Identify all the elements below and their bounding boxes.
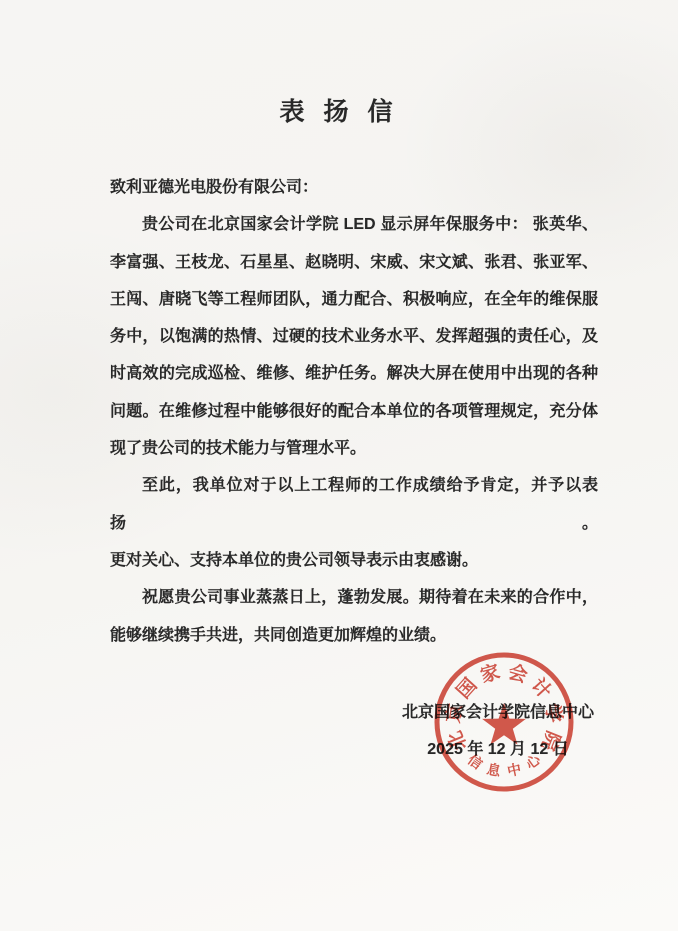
salutation: 致利亚德光电股份有限公司：	[110, 169, 598, 206]
letter-title: 表 扬 信	[0, 92, 678, 128]
body-line: 李富强、王枝龙、石星星、赵晓明、宋威、宋文斌、张君、张亚军、	[110, 244, 598, 281]
body-line: 贵公司在北京国家会计学院 LED 显示屏年保服务中： 张英华、	[110, 206, 598, 243]
body-line: 王闯、唐晓飞等工程师团队，通力配合、积极响应，在全年的维保服	[110, 281, 598, 318]
body-line: 祝愿贵公司事业蒸蒸日上，蓬勃发展。期待着在未来的合作中，	[110, 579, 598, 616]
body-line: 能够继续携手共进，共同创造更加辉煌的业绩。	[110, 617, 598, 654]
body-line: 问题。在维修过程中能够很好的配合本单位的各项管理规定，充分体	[110, 393, 598, 430]
signature-block: 北京国家会计学院信息中心 2025 年 12 月 12 日	[402, 694, 594, 769]
body-line: 至此，我单位对于以上工程师的工作成绩给予肯定，并予以表扬。	[110, 467, 598, 542]
signature-date: 2025 年 12 月 12 日	[427, 731, 568, 768]
svg-text:家: 家	[478, 660, 503, 687]
svg-text:会: 会	[506, 660, 531, 687]
body-line: 务中，以饱满的热情、过硬的技术业务水平、发挥超强的责任心，及	[110, 318, 598, 355]
body-line: 现了贵公司的技术能力与管理水平。	[110, 430, 598, 467]
signature-org: 北京国家会计学院信息中心	[402, 694, 594, 731]
letter-page: 表 扬 信 致利亚德光电股份有限公司： 贵公司在北京国家会计学院 LED 显示屏…	[0, 0, 678, 931]
body-line: 时高效的完成巡检、维修、维护任务。解决大屏在使用中出现的各种	[110, 355, 598, 392]
body-line: 更对关心、支持本单位的贵公司领导表示由衷感谢。	[110, 542, 598, 579]
